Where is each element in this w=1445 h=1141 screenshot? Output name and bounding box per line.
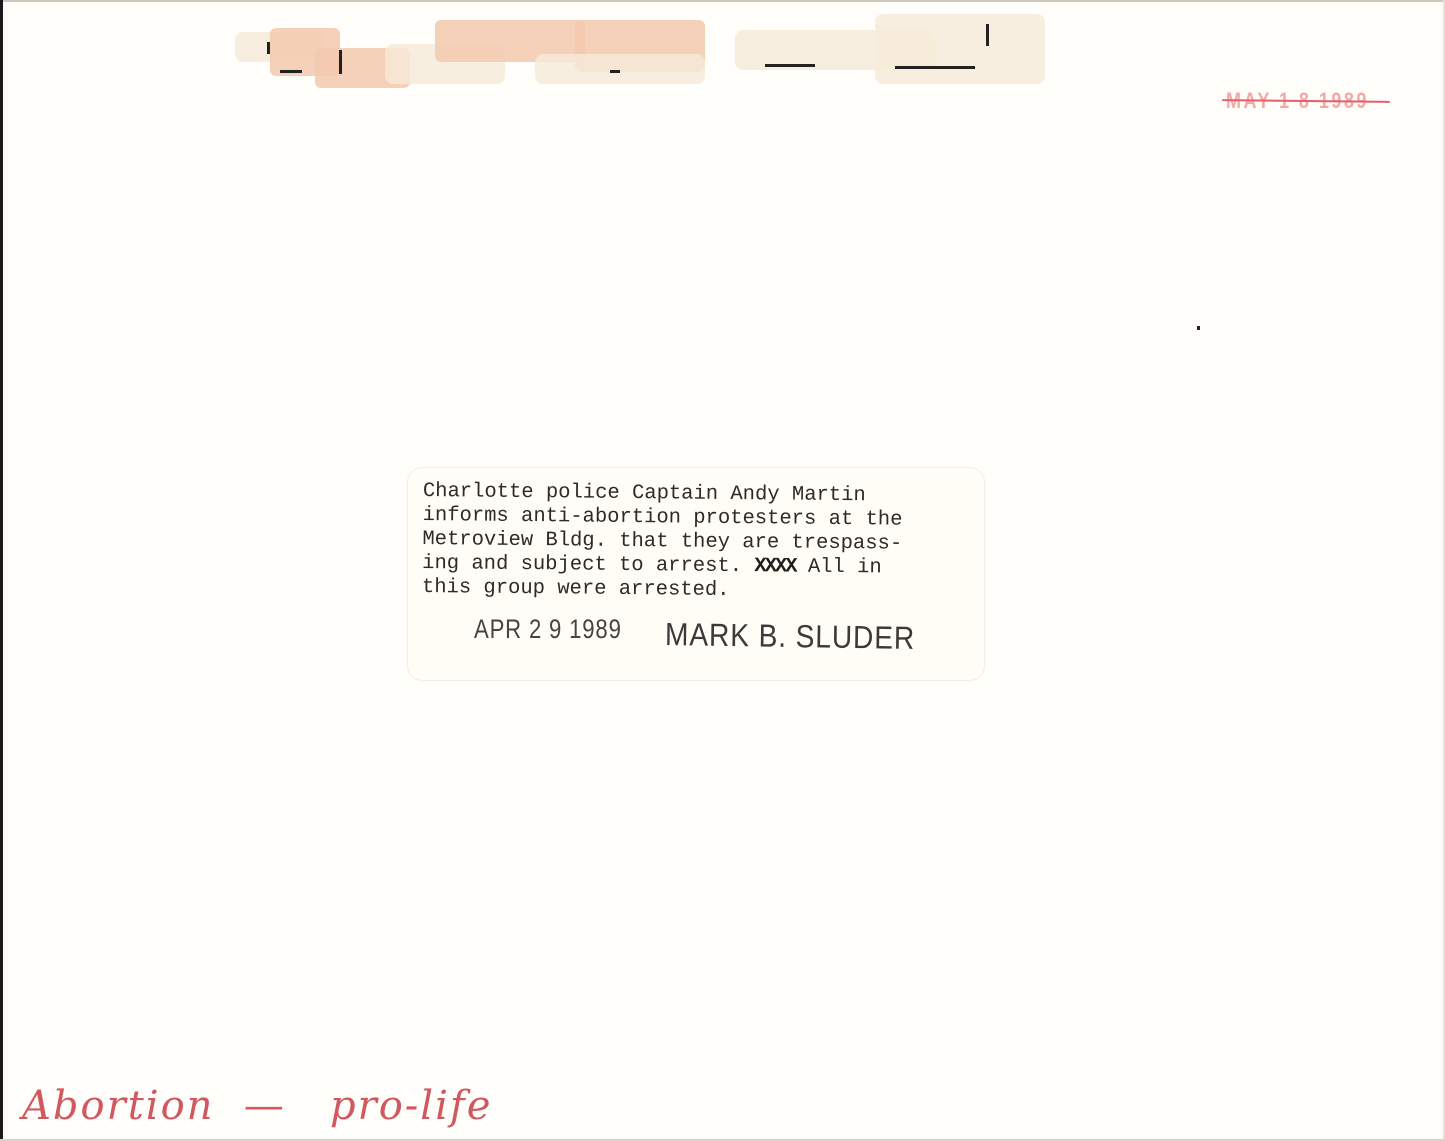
handwritten-category-note: Abortion — pro-life — [22, 1083, 492, 1129]
caption-slip: Charlotte police Captain Andy Martin inf… — [408, 468, 984, 680]
caption-line-5: this group were arrested. — [422, 576, 730, 602]
caption-line-2: informs anti-abortion protesters at the — [423, 504, 903, 532]
photographer-credit: MARK B. SLUDER — [665, 616, 916, 657]
photo-edge-left — [0, 0, 3, 1141]
caption-line-4: ing and subject to arrest. — [422, 552, 754, 578]
torn-tape-residue — [235, 14, 1045, 94]
struck-out-word: XXXX — [754, 555, 795, 578]
caption-line-1: Charlotte police Captain Andy Martin — [423, 480, 866, 507]
caption-line-3: Metroview Bldg. that they are trespass- — [422, 528, 902, 556]
caption-line-4-tail: All in — [795, 556, 881, 580]
photo-edge-top — [0, 0, 1445, 2]
caption-text: Charlotte police Captain Andy Martin inf… — [422, 480, 993, 605]
date-stamp: APR 2 9 1989 — [474, 614, 622, 645]
ink-speck — [1197, 326, 1200, 330]
